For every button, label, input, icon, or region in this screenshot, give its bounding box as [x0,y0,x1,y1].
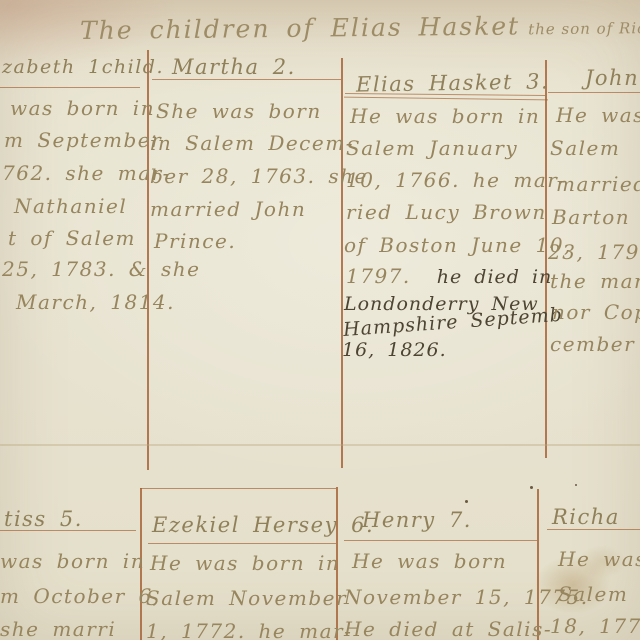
manuscript-page: The children of Elias Hasket the son of … [0,0,640,640]
column-header-richard: Richa [552,505,620,529]
handwriting-line: He was [558,547,640,571]
handwriting-line: Salem [558,582,628,606]
cell-richard: Richa He was Salem 18, 177 [0,0,640,640]
handwriting-line: 18, 177 [550,614,640,638]
